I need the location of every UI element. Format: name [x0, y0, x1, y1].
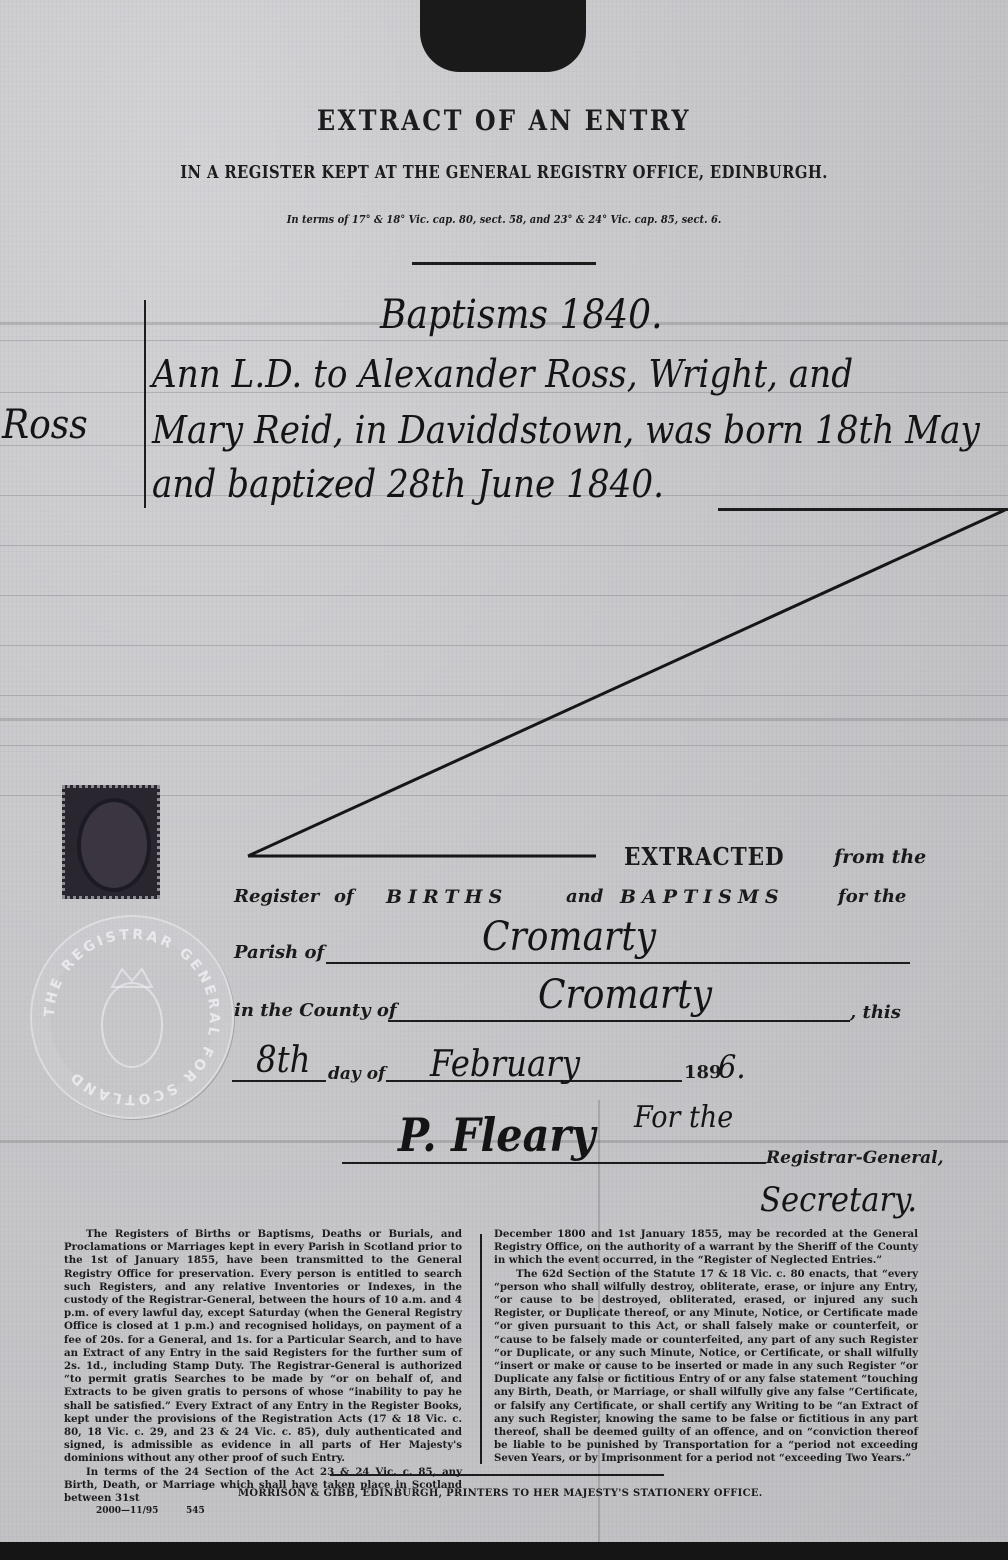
parish-underline	[326, 962, 910, 964]
parish-value: Cromarty	[482, 914, 656, 960]
parish-label: Parish of	[234, 942, 324, 963]
registrar-general-label: Registrar-General,	[766, 1148, 944, 1168]
notice-right-column: December 1800 and 1st January 1855, may …	[494, 1228, 918, 1466]
notice-left-column: The Registers of Births or Baptisms, Dea…	[64, 1228, 462, 1505]
county-value: Cromarty	[538, 972, 712, 1018]
county-underline	[388, 1020, 850, 1022]
notice-paragraph: December 1800 and 1st January 1855, may …	[494, 1228, 918, 1268]
and-label: and	[566, 886, 603, 907]
cancel-diagonal	[0, 0, 1008, 900]
day-of-label: day of	[328, 1064, 385, 1084]
this-label: , this	[850, 1002, 901, 1023]
for-the-label: for the	[838, 886, 906, 907]
month-value: February	[430, 1044, 580, 1085]
baptisms-label: BAPTISMS	[620, 886, 785, 908]
secretary-handwritten: Secretary.	[760, 1180, 917, 1220]
signature: P. Fleary	[398, 1108, 595, 1162]
notice-paragraph: The Registers of Births or Baptisms, Dea…	[64, 1228, 462, 1466]
year-prefix: 189	[684, 1062, 722, 1083]
from-the-label: from the	[834, 846, 926, 868]
births-label: BIRTHS	[386, 886, 508, 908]
registrar-seal-icon: THE REGISTRAR GENERAL FOR SCOTLAND	[30, 915, 234, 1119]
form-code: 545	[186, 1506, 205, 1516]
scan-background	[0, 1542, 1008, 1560]
extracted-label: EXTRACTED	[624, 842, 785, 871]
notice-paragraph: The 62d Section of the Statute 17 & 18 V…	[494, 1268, 918, 1466]
of-label: of	[334, 886, 354, 907]
form-number: 2000—11/95	[96, 1506, 158, 1516]
column-divider	[480, 1234, 482, 1464]
revenue-stamp-icon	[62, 785, 160, 899]
certificate-paper: EXTRACT OF AN ENTRY IN A REGISTER KEPT A…	[0, 0, 1008, 1542]
county-label: in the County of	[234, 1000, 397, 1021]
year-suffix: 6.	[718, 1048, 745, 1086]
notice-paragraph: In terms of the 24 Section of the Act 23…	[64, 1466, 462, 1506]
register-label: Register	[234, 886, 319, 907]
footer-divider	[330, 1474, 664, 1476]
printer-imprint: MORRISON & GIBB, EDINBURGH, PRINTERS TO …	[238, 1488, 763, 1499]
for-the-handwritten: For the	[634, 1100, 733, 1135]
svg-text:THE REGISTRAR GENERAL FOR SCOT: THE REGISTRAR GENERAL FOR SCOTLAND	[42, 927, 222, 1107]
signature-underline	[342, 1162, 766, 1164]
day-value: 8th	[256, 1040, 311, 1081]
